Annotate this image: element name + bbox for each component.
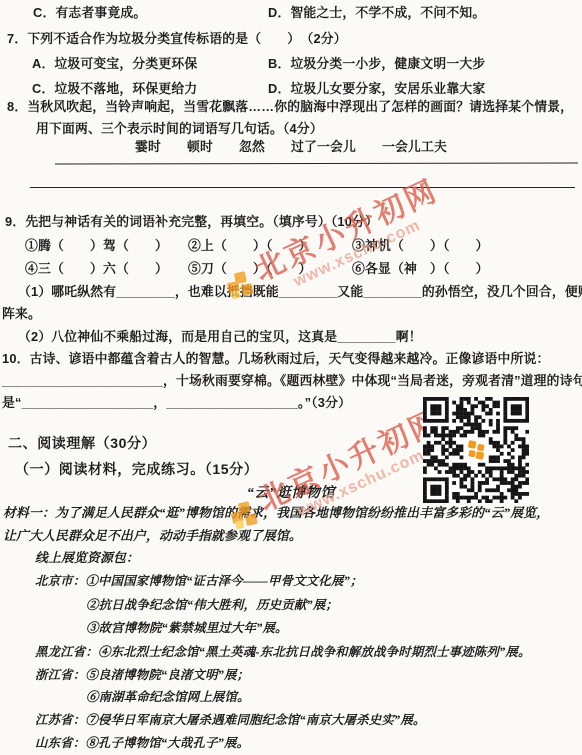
- option-c-prev: C．有志者事竟成。: [33, 5, 146, 20]
- q10-line1: 10．古诗、谚语中都蕴含着古人的智慧。几场秋雨过后，天气变得越来越冷。正像谚语中…: [2, 351, 550, 366]
- q9-idiom4: ④三（ ）六（ ）: [25, 261, 168, 276]
- museum-list-item: 北京市：①中国国家博物馆“证古泽今——甲骨文文化展”；: [35, 574, 363, 589]
- q9-idiom3: ③神机（ ）（ ）: [352, 238, 489, 253]
- q7-option-b: B．垃圾分类一小步，健康文明一大步: [268, 56, 485, 71]
- q9-sub2: （2）八位神仙不乘船过海，而是用自己的宝贝，这真是________啊！: [18, 329, 422, 344]
- q9-idiom5: ⑤刀（ ）（ ）: [188, 261, 312, 276]
- q9-idiom1: ①腾（ ）驾（ ）: [25, 238, 168, 253]
- material1-line2: 让广大人民群众足不出户，动动手指就参观了展馆。: [3, 529, 302, 544]
- section2-heading: 二、阅读理解（30分）: [8, 435, 156, 452]
- q10-line2: ______________________，十场秋雨要穿棉。《题西林壁》中体现…: [2, 373, 582, 388]
- museum-list-item: ⑥南湖革命纪念馆网上展馆。: [86, 690, 250, 705]
- q9-idiom6: ⑥各显（神 ）（ ）: [352, 261, 489, 276]
- q7-option-c: C．垃圾不落地，环保更给力: [32, 81, 197, 96]
- exam-page: C．有志者事竟成。 D．智能之士，不学不成，不问不知。 7．下列不适合作为垃圾分…: [0, 0, 582, 755]
- q7-option-a: A．垃圾可变宝，分类更环保: [32, 56, 197, 71]
- q10-line3: 是“__________________，__________________。…: [2, 395, 351, 410]
- q7-stem: 7．下列不适合作为垃圾分类宣传标语的是（ ） （2分）: [7, 31, 347, 46]
- q9-idiom2: ②上（ ）（ ）: [188, 238, 312, 253]
- q9-sub1-line2: 阵来。: [2, 306, 41, 321]
- answer-line: [30, 187, 575, 188]
- option-d-prev: D．智能之士，不学不成，不问不知。: [268, 5, 485, 20]
- q7-option-d: D．垃圾儿女要分家，安居乐业靠大家: [268, 81, 485, 96]
- museum-list-item: 浙江省：⑤良渚博物院“良渚文明”展；: [35, 668, 249, 683]
- museum-list-item: 江苏省：⑦侵华日军南京大屠杀遇难同胞纪念馆“南京大屠杀史实”展。: [35, 713, 426, 728]
- qr-code: [423, 397, 529, 500]
- q9-stem: 9．先把与神话有关的词语补充完整，再填空。（填序号）（10分）: [5, 214, 378, 229]
- museum-list-item: 山东省：⑧孔子博物馆“大哉孔子”展。: [35, 736, 249, 751]
- q8-stem-line2: 用下面两、三个表示时间的词语写几句话。（4分）: [36, 121, 323, 136]
- museum-list-item: ②抗日战争纪念馆“伟大胜利，历史贡献”展；: [86, 598, 338, 613]
- resource-heading: 线上展览资源包：: [35, 551, 139, 566]
- q9-sub1-line1: （1）哪吒纵然有________，也难以抵挡既能________又能______…: [18, 284, 582, 299]
- museum-list-item: ③故宫博物院“紫禁城里过大年”展。: [86, 621, 288, 636]
- answer-line: [55, 162, 578, 164]
- q8-word-bank: 霎时 顿时 忽然 过了一会儿 一会儿工夫: [0, 139, 582, 154]
- section2-sub-heading: （一）阅读材料，完成练习。（15分）: [15, 461, 258, 478]
- material1-line1: 材料一：为了满足人民群众“逛”博物馆的需求，我国各地博物馆纷纷推出丰富多彩的“云…: [3, 506, 549, 521]
- museum-list-item: 黑龙江省：④东北烈士纪念馆“黑土英魂-东北抗日战争和解放战争时期烈士事迹陈列”展…: [35, 645, 531, 660]
- q8-stem-line1: 8．当秋风吹起，当铃声响起，当雪花飘落……你的脑海中浮现出了怎样的画面？请选择某…: [7, 99, 573, 114]
